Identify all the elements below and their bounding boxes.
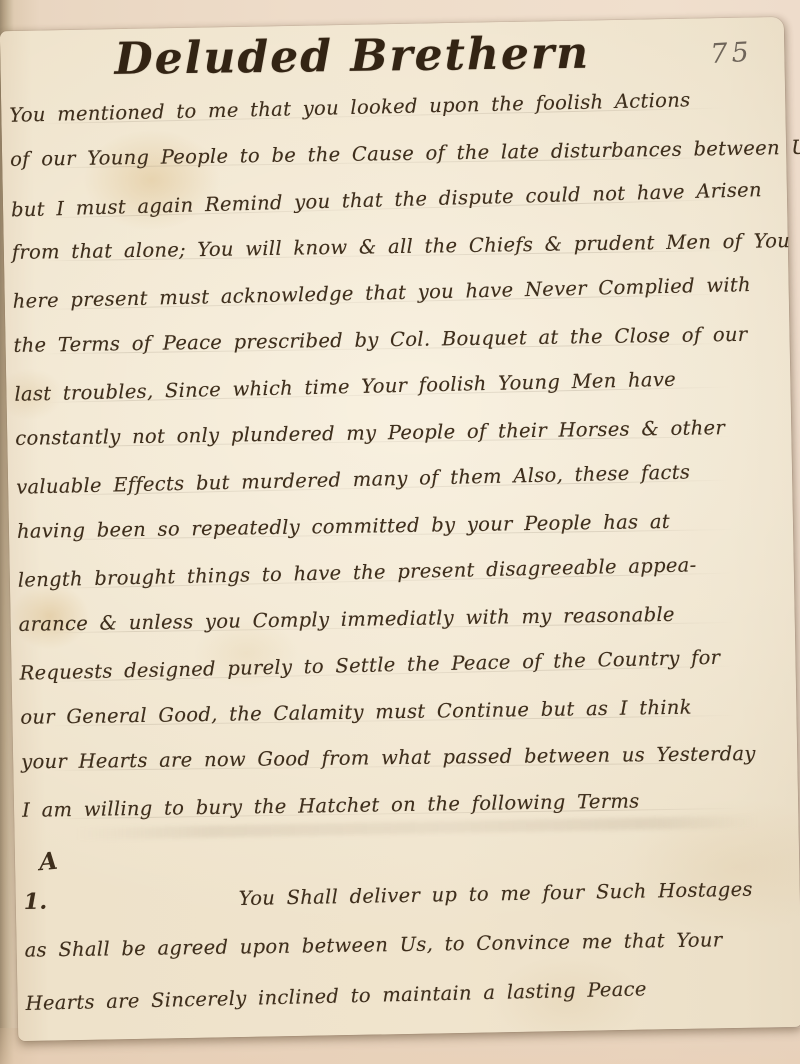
term-1-number: 1. [23, 873, 239, 927]
section-mark: A [38, 846, 59, 877]
term-1-text: You Shall deliver up to me four Such Hos… [239, 878, 753, 910]
manuscript-page: Deluded Brethern 75 You mentioned to me … [0, 17, 800, 1041]
terms-list: 1.You Shall deliver up to me four Such H… [23, 863, 788, 1027]
letter-body: You mentioned to me that you looked upon… [9, 77, 785, 835]
folio-page-number: 75 [709, 37, 753, 70]
page-title: Deluded Brethern [60, 27, 645, 86]
